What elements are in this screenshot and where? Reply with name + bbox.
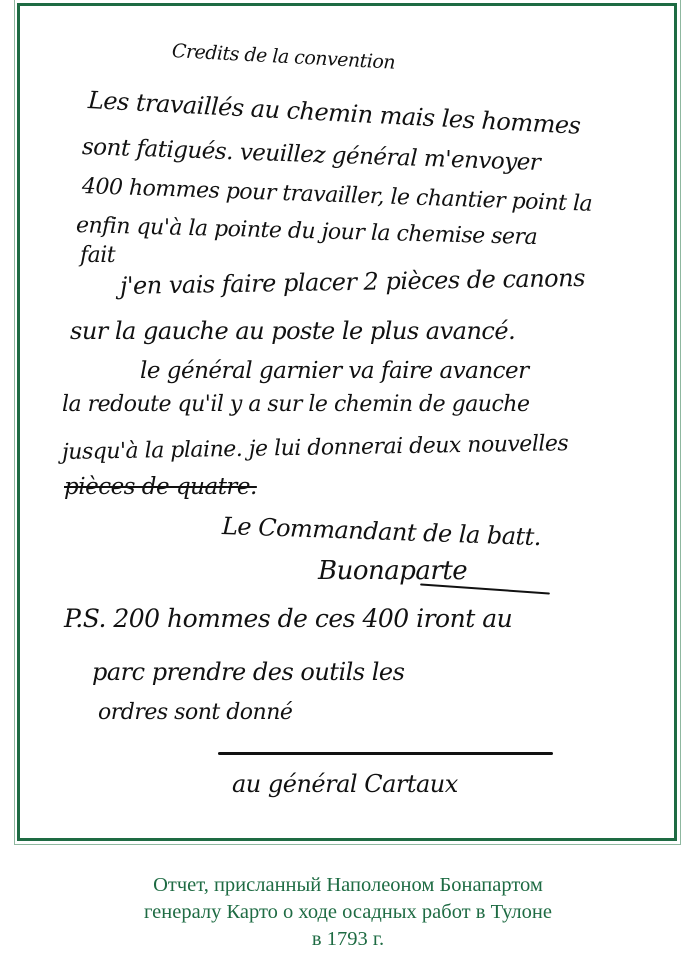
manuscript-line: j'en vais faire placer 2 pièces de canon… [120, 264, 585, 300]
image-caption: Отчет, присланный Наполеоном Бонапартом … [0, 872, 696, 953]
manuscript-line: pièces de quatre. [64, 474, 257, 500]
caption-line-2: генералу Карто о ходе осадных работ в Ту… [0, 899, 696, 926]
manuscript-line: jusqu'à la plaine. je lui donnerai deux … [62, 431, 569, 465]
manuscript-line: sont fatigués. veuillez général m'envoye… [82, 134, 541, 176]
manuscript-line: le général garnier va faire avancer [140, 358, 529, 384]
manuscript-line: 400 hommes pour travailler, le chantier … [82, 174, 593, 217]
separator-line [218, 752, 553, 755]
manuscript-line: P.S. 200 hommes de ces 400 iront au [64, 604, 512, 633]
manuscript-line: parc prendre des outils les [92, 658, 404, 686]
manuscript-line: Les travaillés au chemin mais les hommes [87, 86, 581, 140]
manuscript-addressee: au général Cartaux [232, 770, 458, 798]
manuscript-line: fait [80, 243, 115, 268]
signature-buonaparte: Buonaparte [318, 556, 467, 586]
manuscript-line: enfin qu'à la pointe du jour la chemise … [76, 213, 538, 250]
handwritten-letter: Credits de la convention Les travaillés … [0, 0, 696, 845]
caption-line-3: в 1793 г. [0, 926, 696, 953]
caption-line-1: Отчет, присланный Наполеоном Бонапартом [0, 872, 696, 899]
manuscript-line: sur la gauche au poste le plus avancé. [70, 317, 515, 345]
manuscript-line: ordres sont donné [98, 700, 292, 725]
manuscript-line: Le Commandant de la batt. [222, 512, 542, 551]
manuscript-line: la redoute qu'il y a sur le chemin de ga… [62, 392, 530, 417]
manuscript-line: Credits de la convention [171, 40, 395, 74]
signature-underline [420, 583, 550, 594]
